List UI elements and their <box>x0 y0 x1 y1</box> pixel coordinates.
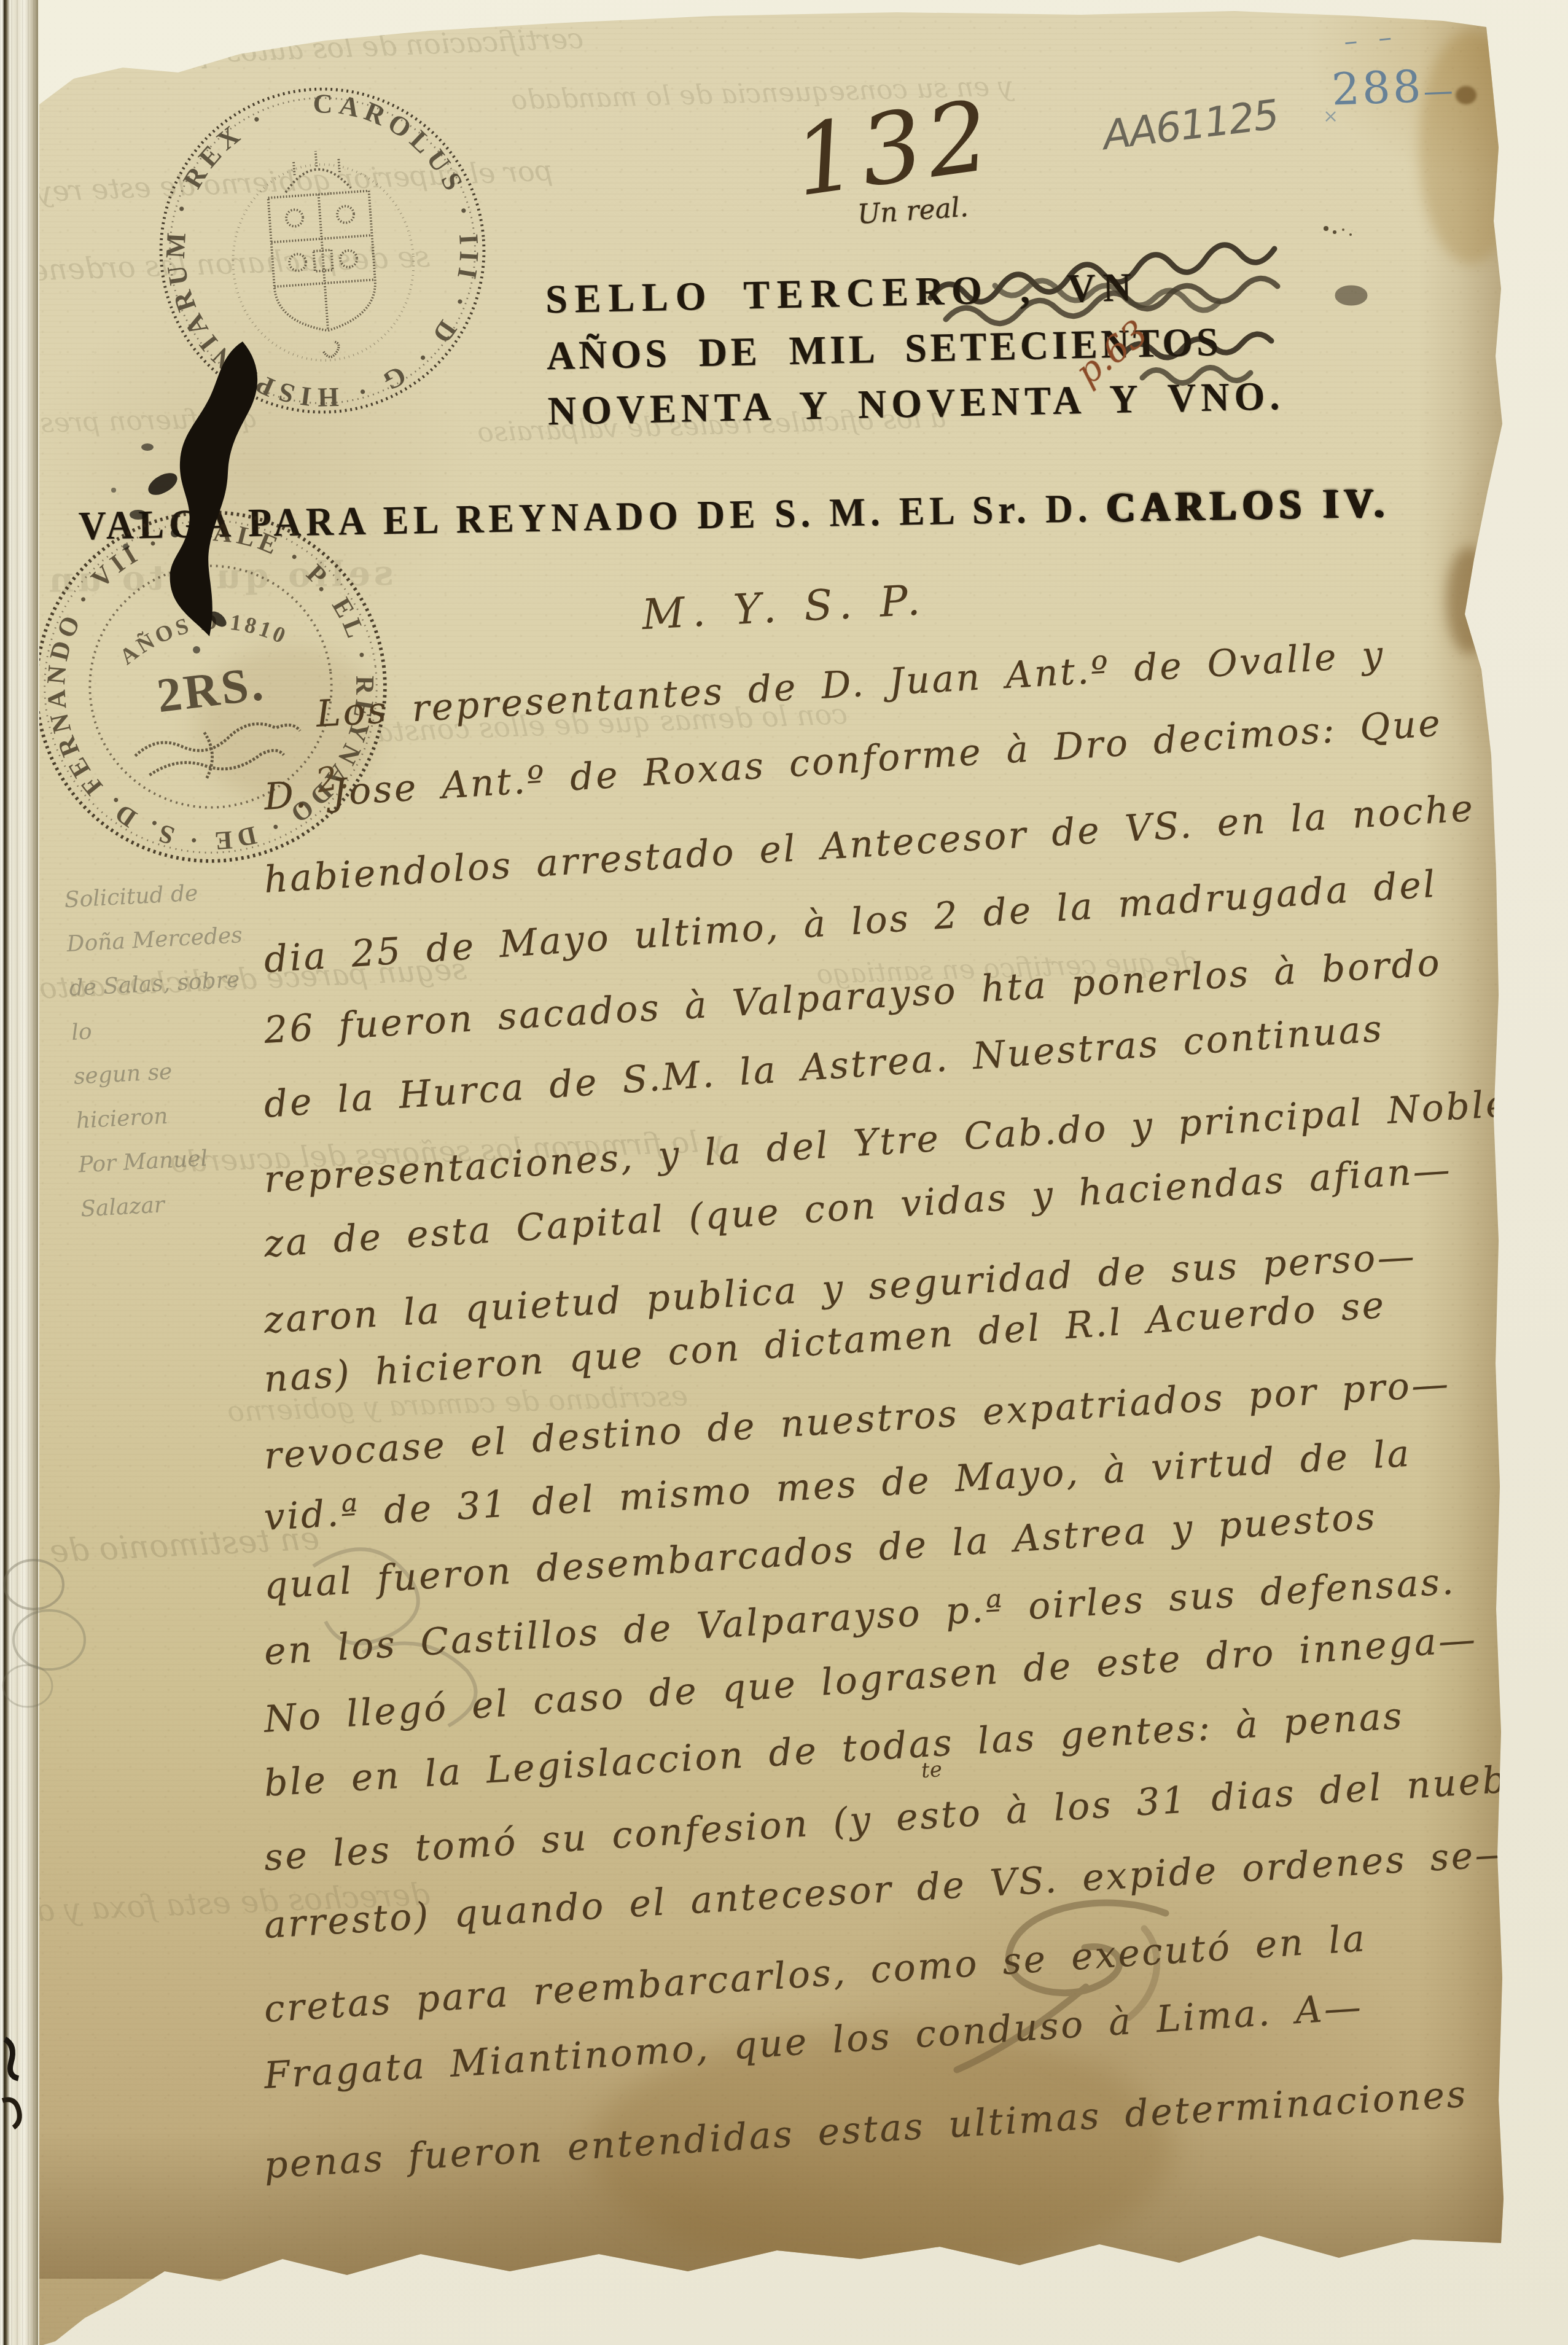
margin-note-line: segun se hicieron <box>72 1045 261 1144</box>
manuscript-line: penas fueron entendidas estas ultimas de… <box>263 2073 1469 2187</box>
flourish-number: 2. <box>313 757 351 800</box>
cancellation-scribble <box>921 255 1400 408</box>
book-gutter-edge <box>0 0 38 2345</box>
blue-tick-marks: – – <box>1343 21 1400 58</box>
blue-number-dash: — <box>1423 73 1456 109</box>
salutation: M. Y. S. P. <box>641 576 929 639</box>
blue-number: 288— <box>1331 60 1456 115</box>
ink-speck-group <box>1324 226 1328 231</box>
revalidation-seal-value: 2RS. <box>154 657 268 724</box>
margin-note: Solicitud deDoña Mercedesde Salas, sobre… <box>63 869 266 1232</box>
valga-emphasis: CARLOS IV. <box>1106 479 1391 530</box>
blue-number-value: 288 <box>1331 60 1424 115</box>
margin-note-line: Salazar <box>80 1178 266 1232</box>
bleedthrough-line: certificacion de los autos que se siguie… <box>0 21 584 78</box>
scanned-document-page: certificacion de los autos que se siguie… <box>0 0 1568 2345</box>
margin-note-line: de Salas, sobre lo <box>68 957 257 1055</box>
manuscript-sheet: certificacion de los autos que se siguie… <box>37 0 1568 2345</box>
edge-stain <box>1446 547 1492 654</box>
pencil-code: AA61125 <box>1100 91 1281 159</box>
gutter-doodles <box>0 1548 123 1732</box>
ink-flourish-swirl <box>902 1895 1190 2085</box>
interlinear-correction: te <box>921 1757 943 1783</box>
blue-small-mark: × <box>1323 106 1338 127</box>
gutter-ink-marks <box>0 2027 49 2162</box>
ink-blot <box>89 330 298 662</box>
spot-stain <box>1456 86 1476 104</box>
